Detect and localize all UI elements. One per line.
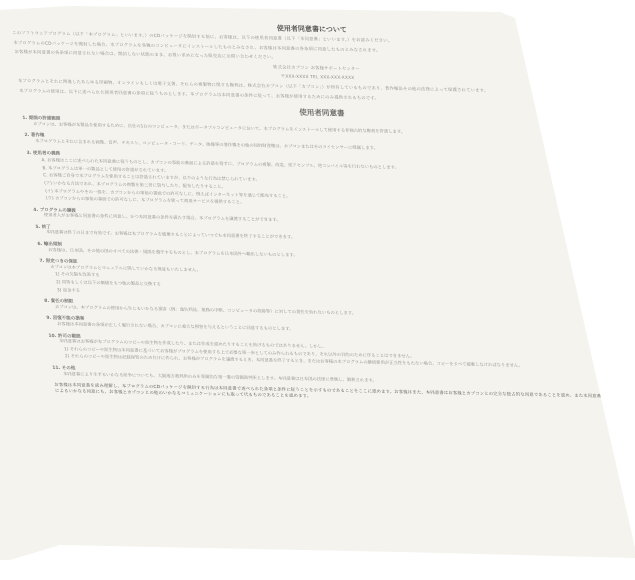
agreement-sections: 1. 期間の許諾範囲カプコンは、お客様が本製品を使用するために、自社の1台のコン… <box>22 116 635 390</box>
document-paper: 使用者同意書について このソフトウェアプログラム（以下「本プログラム」といいます… <box>0 0 635 580</box>
document-content: 使用者同意書について このソフトウェアプログラム（以下「本プログラム」といいます… <box>10 14 635 411</box>
paper-edge-shadow <box>0 0 80 6</box>
agreement-section: 10. 許可の範囲本同意書はお客様が本プログラムのコピーや派生物を作成したり、ま… <box>48 334 635 373</box>
agreement-section: 7. 限定つきの保証カプコンは本プログラムとマニュアルに関していかなる保証もいた… <box>39 259 635 306</box>
agreement-section: 3. 使用者の義務A. お客様はここに述べられた本同意書に従うものとし、カプコン… <box>26 151 634 215</box>
